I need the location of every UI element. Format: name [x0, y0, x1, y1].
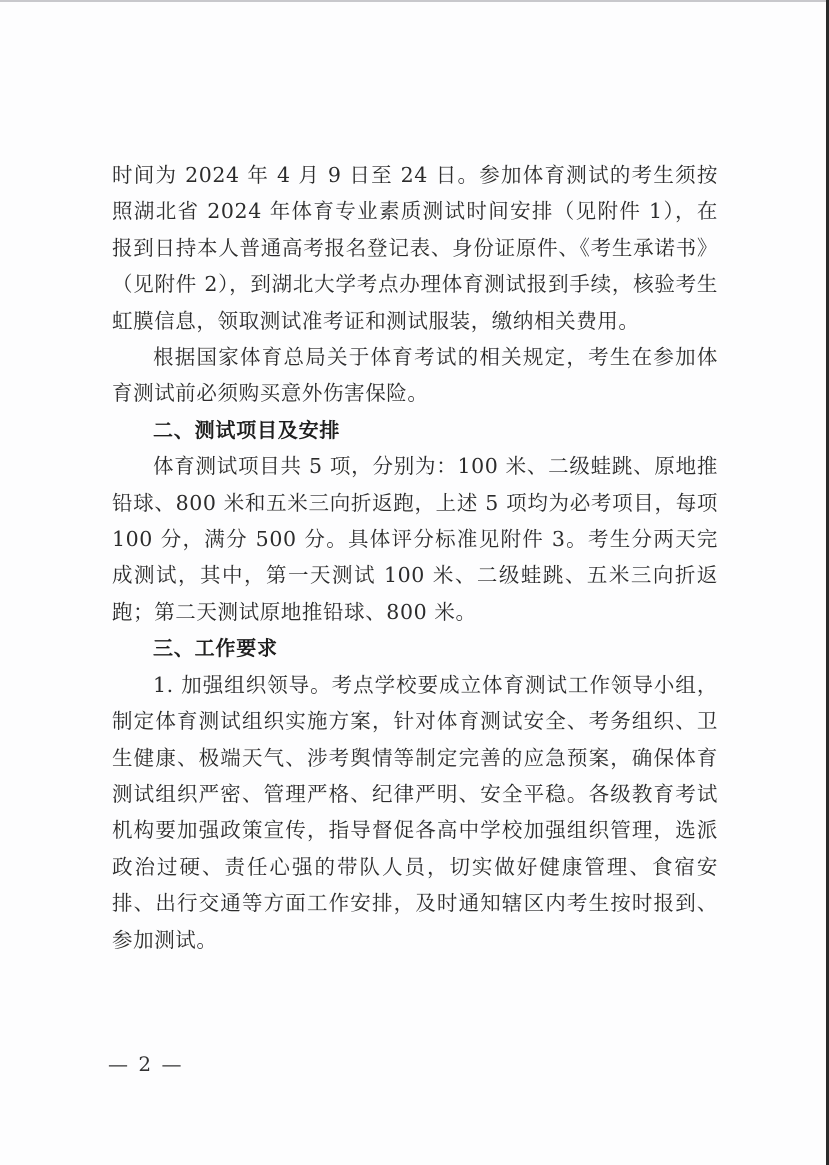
page-number: — 2 —	[108, 1052, 183, 1076]
paragraph-registration-time: 时间为 2024 年 4 月 9 日至 24 日。参加体育测试的考生须按照湖北省…	[112, 157, 718, 339]
paragraph-organization-leadership: 1. 加强组织领导。考点学校要成立体育测试工作领导小组，制定体育测试组织实施方案…	[112, 667, 718, 958]
section-heading-work-requirements: 三、工作要求	[112, 630, 718, 666]
page-top-edge	[0, 0, 829, 2]
document-body: 时间为 2024 年 4 月 9 日至 24 日。参加体育测试的考生须按照湖北省…	[112, 157, 718, 958]
paragraph-insurance: 根据国家体育总局关于体育考试的相关规定，考生在参加体育测试前必须购买意外伤害保险…	[112, 339, 718, 412]
paragraph-test-items: 体育测试项目共 5 项，分别为：100 米、二级蛙跳、原地推铅球、800 米和五…	[112, 448, 718, 630]
section-heading-test-items: 二、测试项目及安排	[112, 412, 718, 448]
